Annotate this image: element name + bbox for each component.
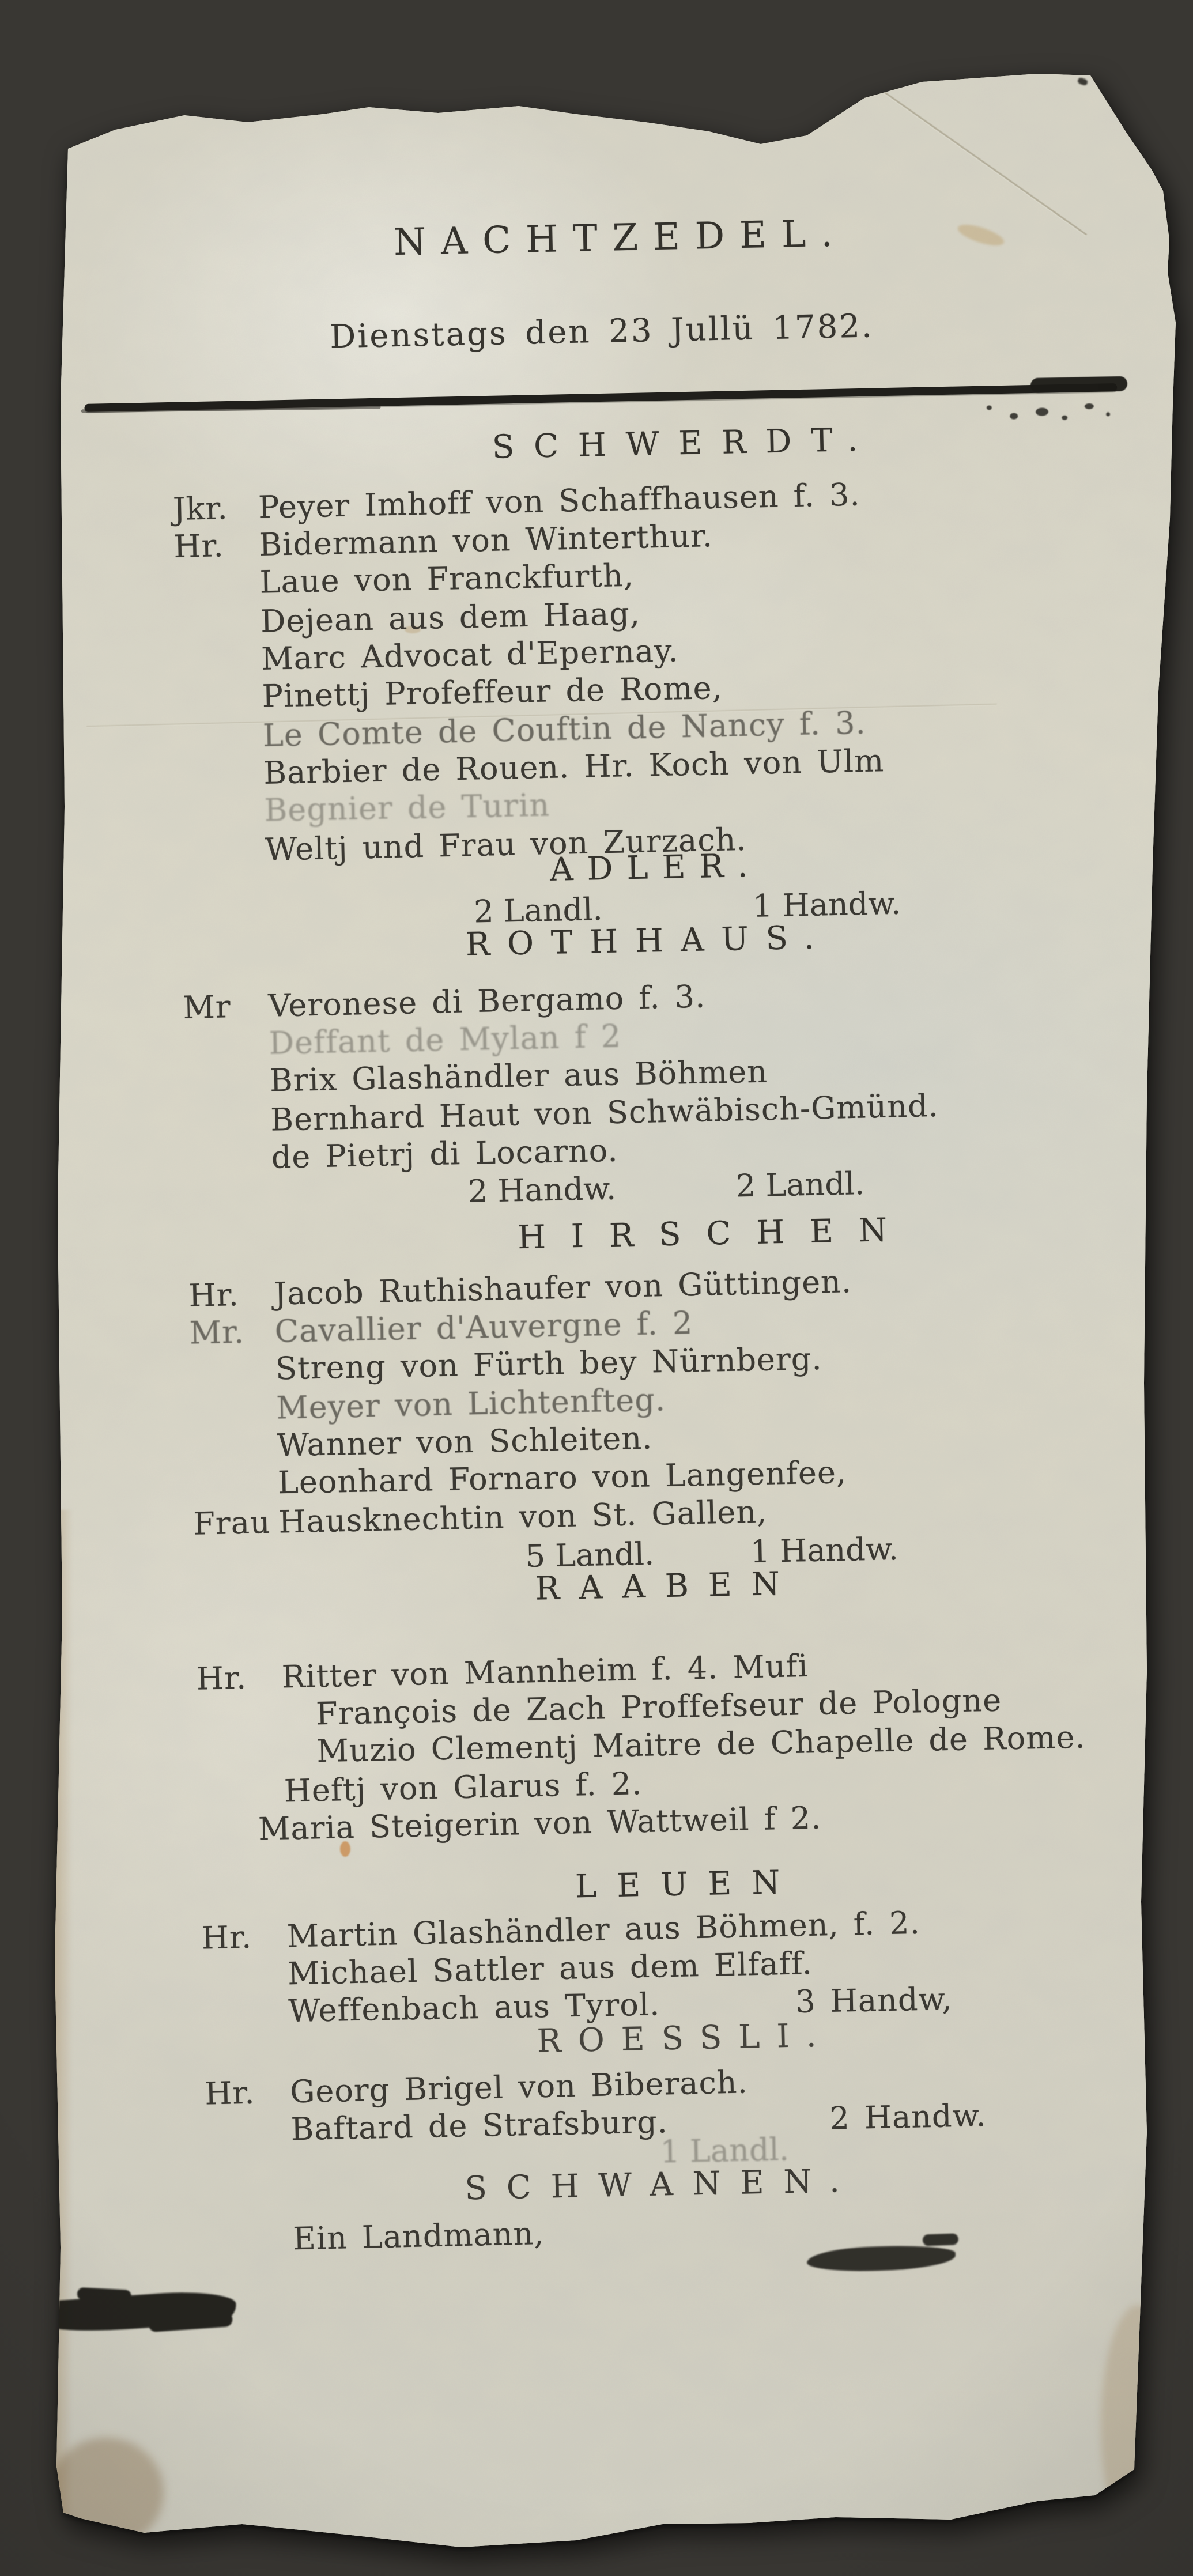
tally-count: 2 Handw. [467, 1170, 616, 1211]
guest-name-text: Marc Advocat d'Epernay. [261, 632, 679, 677]
guest-name-text: Wanner von Schleiten. [277, 1420, 653, 1464]
divider-rule [84, 383, 1117, 412]
guest-name-text: Deffant de Mylan f 2 [269, 1018, 622, 1061]
honorific-tag: Hr. [196, 1659, 247, 1698]
document-date: Dienstags den 23 Jullü 1782. [169, 304, 1035, 359]
ink-blot [1030, 376, 1127, 393]
guest-rows: Ein Landmann, [293, 2203, 1135, 2257]
guest-name-text: Cavallier d'Auvergne f. 2 [274, 1305, 693, 1350]
guest-name-text: Dejean aus dem Haag, [260, 595, 640, 640]
paper-sheet-wrap: NACHTZEDEL. Dienstags den 23 Jullü 1782.… [0, 0, 1193, 2576]
content-block: NACHTZEDEL. Dienstags den 23 Jullü 1782.… [167, 202, 1073, 2305]
honorific-tag: Hr. [188, 1276, 240, 1315]
guest-rows: Hr.Martin Glashändler aus Böhmen, f. 2.M… [286, 1900, 1130, 2031]
guest-name-text: Pinettj Profeffeur de Rome, [262, 670, 723, 715]
honorific-tag: Hr. [205, 2074, 256, 2113]
guest-line: Ein Landmann, [293, 2202, 1135, 2258]
guest-name-text: Begnier de Turin [264, 787, 550, 828]
guest-rows: Jkr.Peyer Imhoff von Schaffhausen f. 3.H… [258, 471, 1107, 868]
inn-name-heading: HIRSCHEN [282, 1208, 1147, 1260]
document-title: NACHTZEDEL. [188, 208, 1053, 268]
inn-name-heading: SCHWERDT. [252, 418, 1118, 470]
paper-sheet: NACHTZEDEL. Dienstags den 23 Jullü 1782.… [52, 69, 1176, 2553]
guest-rows: MrVeronese di Bergamo f. 3.Deffant de My… [268, 969, 1113, 1176]
honorific-tag: Jkr. [172, 489, 228, 528]
honorific-tag: Hr. [201, 1918, 252, 1958]
honorific-tag: Mr. [189, 1313, 245, 1353]
honorific-tag: Frau [193, 1504, 271, 1543]
guest-rows: Hr.Jacob Ruthishaufer von Güttingen.Mr.C… [274, 1257, 1120, 1540]
guest-rows: Hr.Ritter von Mannheim f. 4. MufiFrançoi… [281, 1641, 1126, 1848]
honorific-tag: Hr. [173, 527, 224, 566]
guest-name-text: Heftj von Glarus f. 2. [284, 1765, 643, 1809]
guest-name-text: de Pietrj di Locarno. [271, 1132, 618, 1176]
tally-count: 3 Handw, [795, 1980, 953, 2021]
tally-count: 2 Landl. [735, 1165, 865, 1205]
honorific-tag: Mr [183, 988, 232, 1027]
guest-name-text: Ein Landmann, [293, 2215, 545, 2257]
guest-name-text: Meyer von Lichtenfteg. [276, 1381, 666, 1426]
guest-name-text: Laue von Franckfurth, [259, 557, 634, 600]
